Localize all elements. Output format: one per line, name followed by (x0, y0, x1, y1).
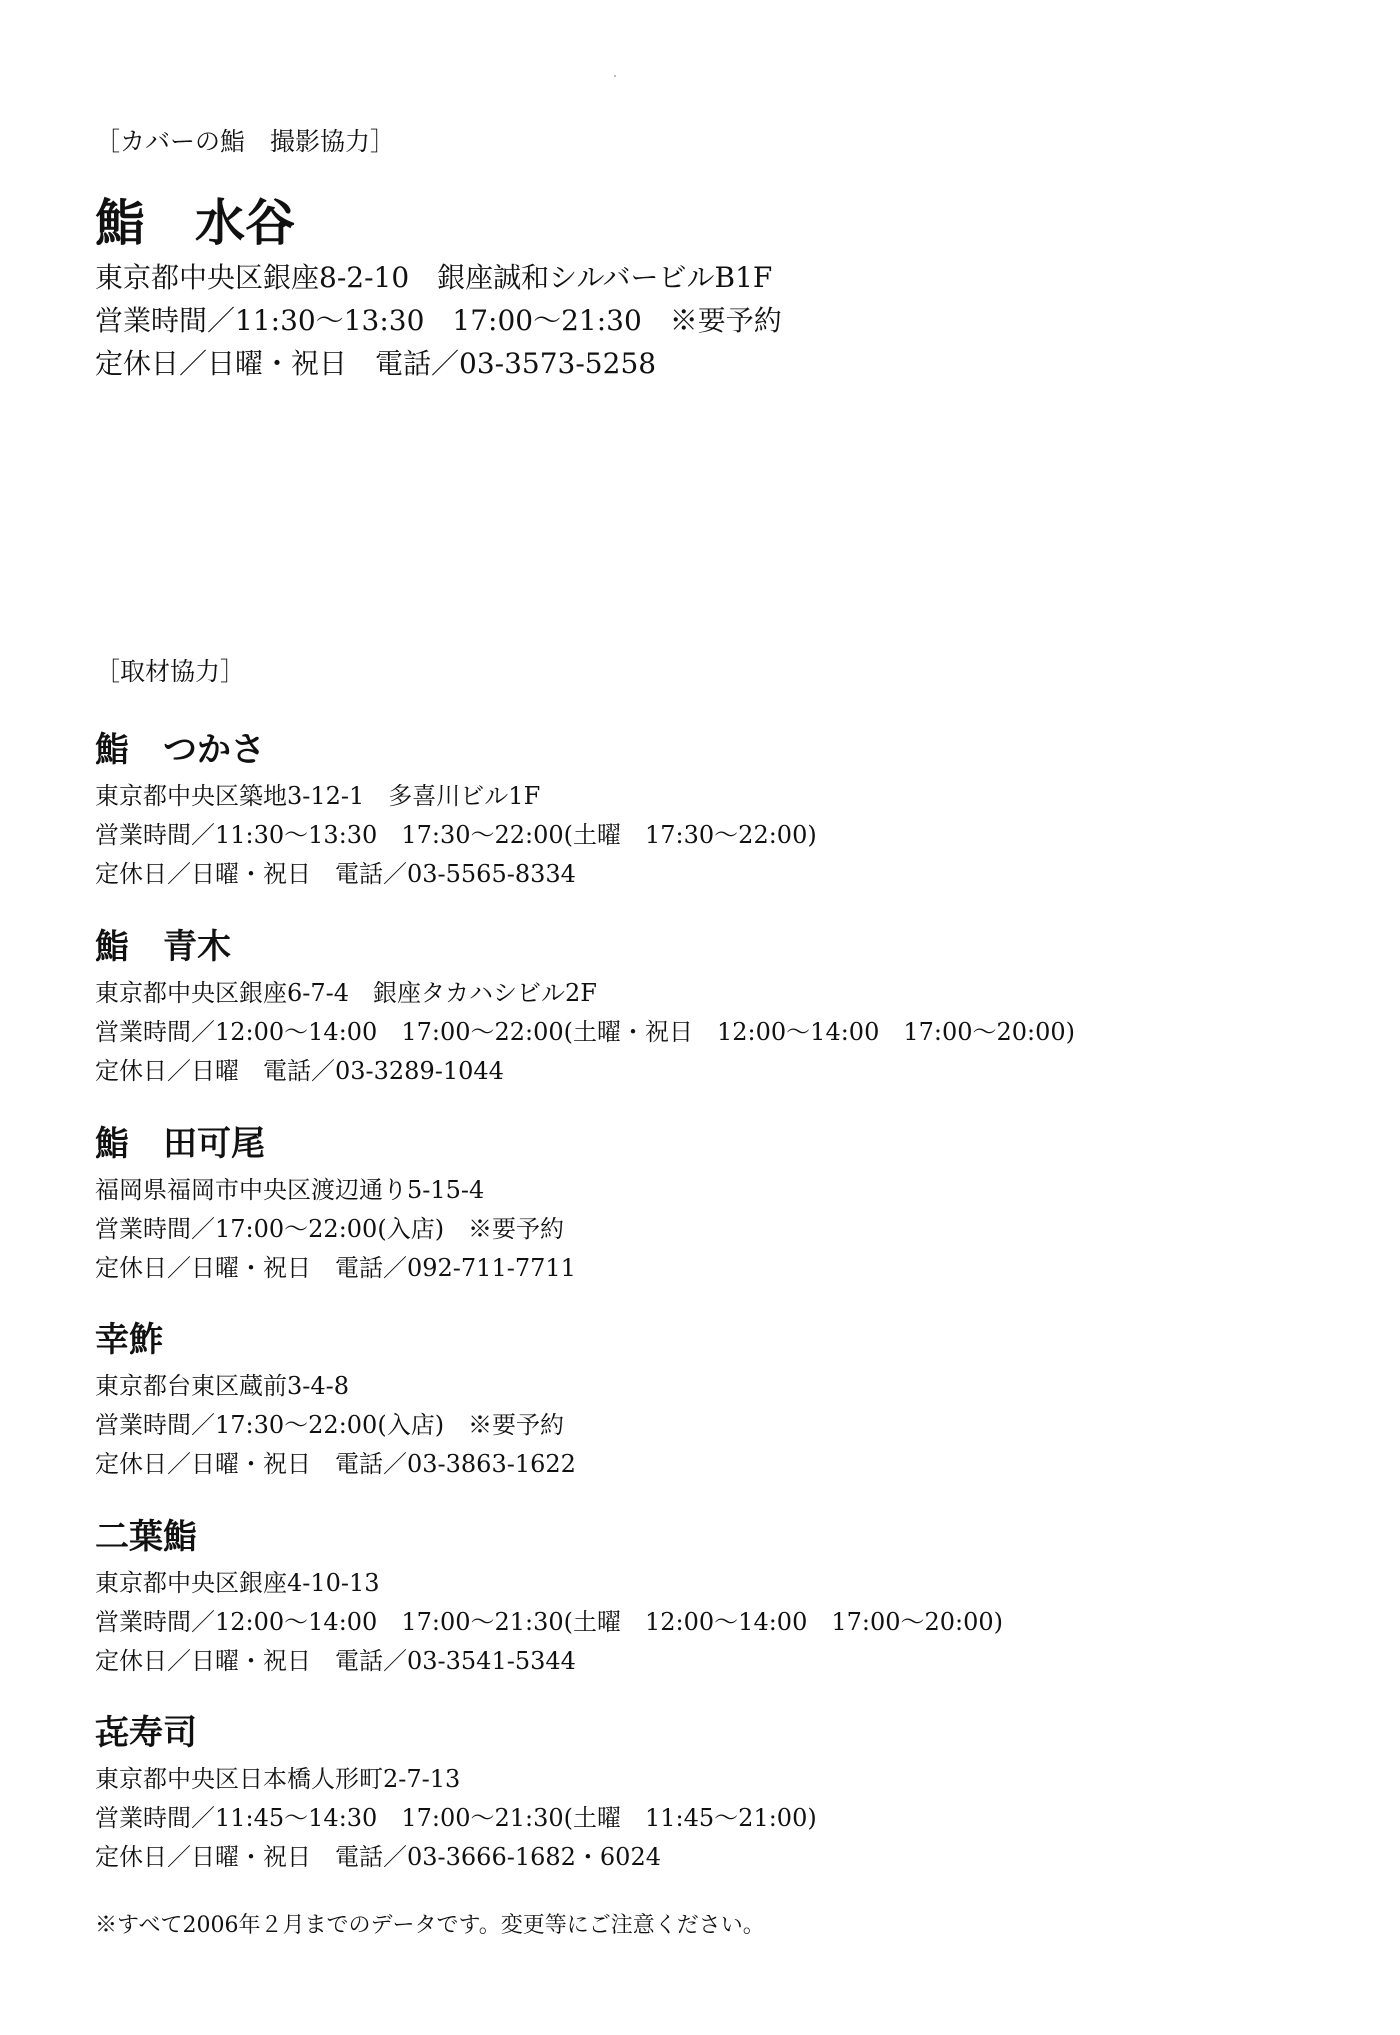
shop-entry: 鮨 田可尾 福岡県福岡市中央区渡辺通り5-15-4 営業時間／17:00～22:… (95, 1127, 1345, 1288)
shop-hours: 営業時間／17:00～22:00(入店) ※要予約 (95, 1210, 1345, 1249)
cover-shop-address: 東京都中央区銀座8-2-10 銀座誠和シルバービルB1F (95, 264, 772, 292)
shop-name: 鮨 田可尾 (95, 1127, 1345, 1171)
shop-address: 福岡県福岡市中央区渡辺通り5-15-4 (95, 1171, 1345, 1210)
shop-closed-phone: 定休日／日曜・祝日 電話／03-3863-1622 (95, 1445, 1345, 1484)
cover-shop-name: 鮨 水谷 (95, 198, 295, 248)
shop-entry: 㐂寿司 東京都中央区日本橋人形町2-7-13 営業時間／11:45～14:30 … (95, 1716, 1345, 1877)
scan-speck (614, 75, 616, 77)
shop-name: 㐂寿司 (95, 1716, 1345, 1760)
shop-entry: 幸鮓 東京都台東区蔵前3-4-8 営業時間／17:30～22:00(入店) ※要… (95, 1323, 1345, 1484)
shop-entry: 二葉鮨 東京都中央区銀座4-10-13 営業時間／12:00～14:00 17:… (95, 1520, 1345, 1681)
shop-closed-phone: 定休日／日曜・祝日 電話／03-5565-8334 (95, 855, 1345, 894)
shop-address: 東京都中央区日本橋人形町2-7-13 (95, 1760, 1345, 1799)
shop-closed-phone: 定休日／日曜・祝日 電話／03-3541-5344 (95, 1642, 1345, 1681)
shop-closed-phone: 定休日／日曜・祝日 電話／092-711-7711 (95, 1249, 1345, 1288)
shop-name: 二葉鮨 (95, 1520, 1345, 1564)
shop-entry: 鮨 青木 東京都中央区銀座6-7-4 銀座タカハシビル2F 営業時間／12:00… (95, 930, 1345, 1091)
shop-address: 東京都中央区銀座4-10-13 (95, 1564, 1345, 1603)
shop-hours: 営業時間／12:00～14:00 17:00～22:00(土曜・祝日 12:00… (95, 1013, 1345, 1052)
shop-closed-phone: 定休日／日曜・祝日 電話／03-3666-1682・6024 (95, 1838, 1345, 1877)
shop-hours: 営業時間／11:30～13:30 17:30～22:00(土曜 17:30～22… (95, 816, 1345, 855)
shop-address: 東京都中央区銀座6-7-4 銀座タカハシビル2F (95, 974, 1345, 1013)
shop-name: 鮨 青木 (95, 930, 1345, 974)
footnote: ※すべて2006年２月までのデータです。変更等にご注意ください。 (95, 1908, 765, 1939)
coverage-section-label: ［取材協力］ (95, 652, 245, 688)
shop-name: 鮨 つかさ (95, 733, 1345, 777)
cover-section-label: ［カバーの鮨 撮影協力］ (95, 122, 395, 158)
shop-closed-phone: 定休日／日曜 電話／03-3289-1044 (95, 1052, 1345, 1091)
shop-address: 東京都台東区蔵前3-4-8 (95, 1367, 1345, 1406)
shop-address: 東京都中央区築地3-12-1 多喜川ビル1F (95, 777, 1345, 816)
shop-hours: 営業時間／12:00～14:00 17:00～21:30(土曜 12:00～14… (95, 1603, 1345, 1642)
cover-shop-hours: 営業時間／11:30～13:30 17:00～21:30 ※要予約 (95, 307, 782, 335)
shop-hours: 営業時間／17:30～22:00(入店) ※要予約 (95, 1406, 1345, 1445)
shop-hours: 営業時間／11:45～14:30 17:00～21:30(土曜 11:45～21… (95, 1799, 1345, 1838)
cover-shop-closed-phone: 定休日／日曜・祝日 電話／03-3573-5258 (95, 350, 656, 378)
shop-entry: 鮨 つかさ 東京都中央区築地3-12-1 多喜川ビル1F 営業時間／11:30～… (95, 733, 1345, 894)
shop-name: 幸鮓 (95, 1323, 1345, 1367)
